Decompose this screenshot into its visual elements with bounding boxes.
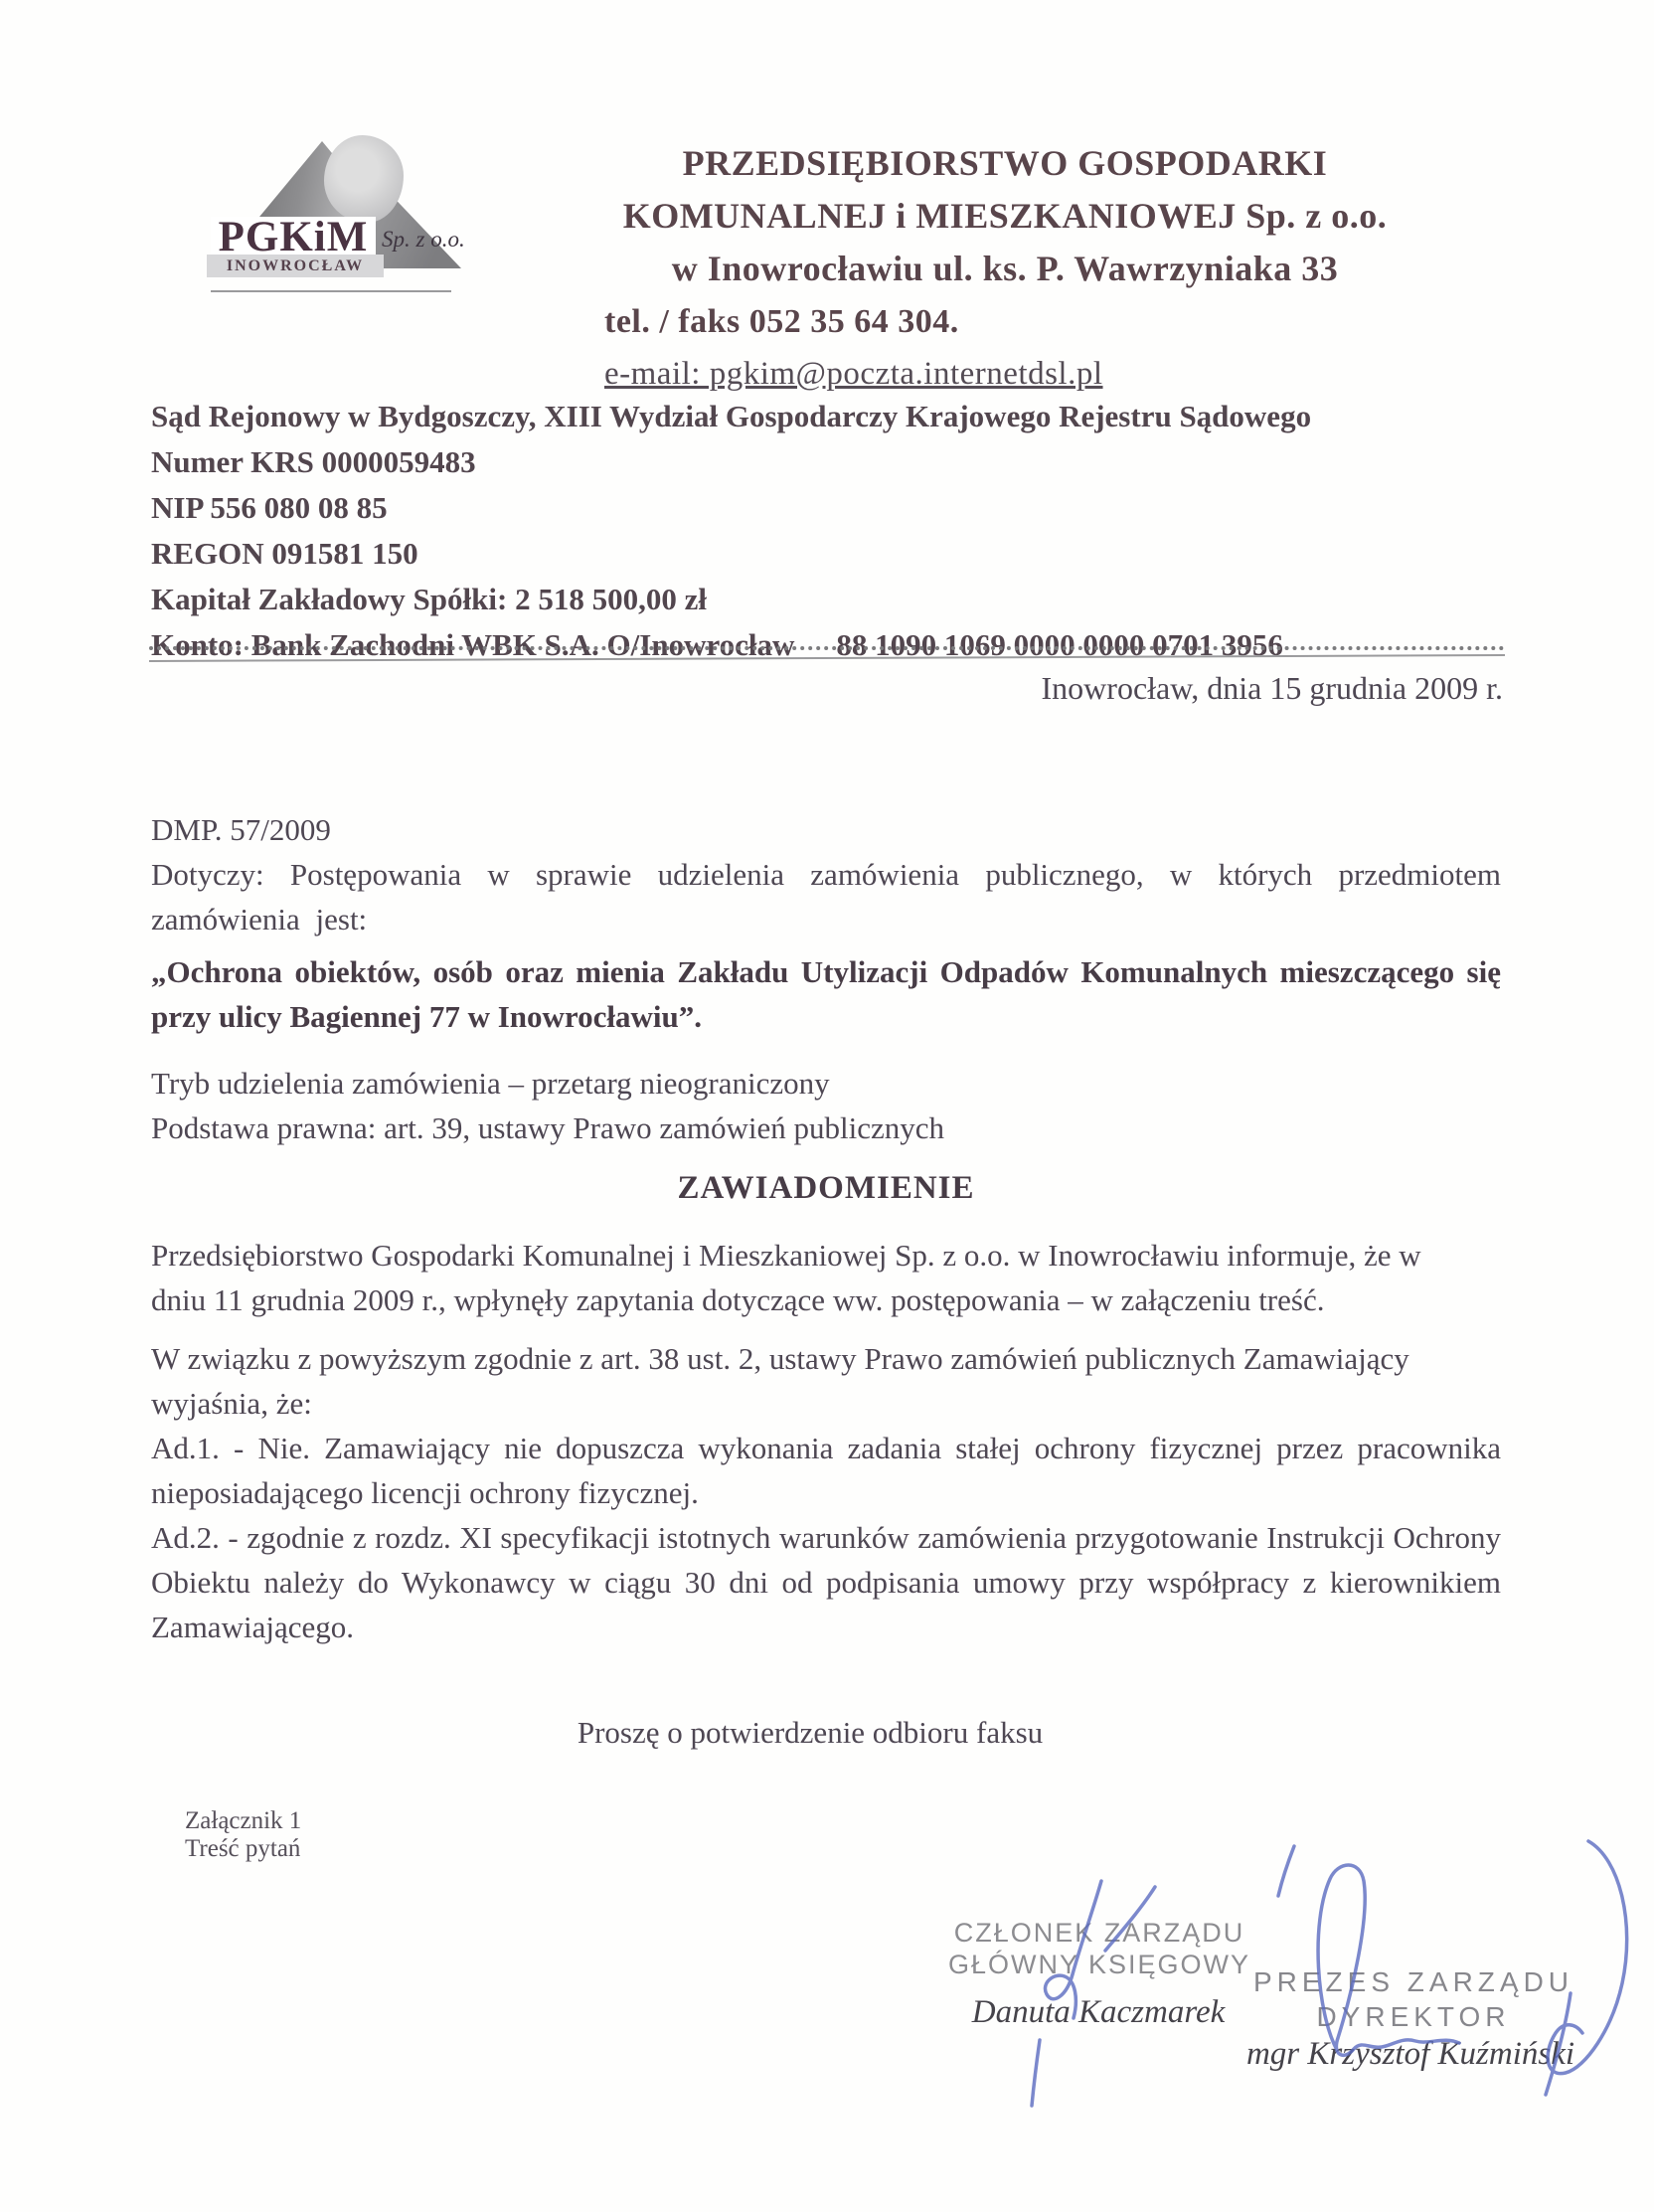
answer-ad1: Ad.1. - Nie. Zamawiający nie dopuszcza w… bbox=[151, 1426, 1501, 1515]
registry-account: Konto: Bank Zachodni WBK S.A. O/Inowrocł… bbox=[151, 622, 1505, 668]
logo-underline bbox=[211, 290, 451, 292]
company-logo: PGKiM INOWROCŁAW Sp. z o.o. bbox=[207, 129, 465, 293]
logo-city-band: INOWROCŁAW bbox=[207, 255, 384, 277]
date-line: Inowrocław, dnia 15 grudnia 2009 r. bbox=[1042, 670, 1503, 707]
notice-paragraph-1: Przedsiębiorstwo Gospodarki Komunalnej i… bbox=[151, 1233, 1448, 1322]
company-phone: tel. / faks 052 35 64 304. bbox=[553, 295, 1457, 348]
divider bbox=[149, 646, 1505, 659]
signature-right-strokes bbox=[1278, 1841, 1627, 2095]
scanned-letter-page: PGKiM INOWROCŁAW Sp. z o.o. PRZEDSIĘBIOR… bbox=[0, 0, 1654, 2212]
letterhead: PRZEDSIĘBIORSTWO GOSPODARKI KOMUNALNEJ i… bbox=[553, 137, 1457, 401]
notice-heading: ZAWIADOMIENIE bbox=[151, 1166, 1501, 1211]
regarding-paragraph: Dotyczy: Postępowania w sprawie udzielen… bbox=[151, 852, 1501, 941]
attachment-note: Załącznik 1 Treść pytań bbox=[185, 1807, 301, 1863]
divider-dotted-line bbox=[149, 646, 1505, 650]
reference-number: DMP. 57/2009 bbox=[151, 807, 1501, 852]
letter-body: DMP. 57/2009 Dotyczy: Postępowania w spr… bbox=[151, 807, 1501, 1649]
company-address: w Inowrocławiu ul. ks. P. Wawrzyniaka 33 bbox=[553, 243, 1457, 295]
fax-confirmation-note: Proszę o potwierdzenie odbioru faksu bbox=[149, 1715, 1471, 1751]
subject-paragraph: „Ochrona obiektów, osób oraz mienia Zakł… bbox=[151, 949, 1501, 1039]
notice-paragraph-2: W związku z powyższym zgodnie z art. 38 … bbox=[151, 1336, 1448, 1426]
registry-krs: Numer KRS 0000059483 bbox=[151, 439, 1505, 485]
registry-regon: REGON 091581 150 bbox=[151, 531, 1505, 577]
answer-ad2: Ad.2. - zgodnie z rozdz. XI specyfikacji… bbox=[151, 1515, 1501, 1649]
registry-block: Sąd Rejonowy w Bydgoszczy, XIII Wydział … bbox=[151, 394, 1505, 668]
company-name-line2: KOMUNALNEJ i MIESZKANIOWEJ Sp. z o.o. bbox=[553, 190, 1457, 243]
attachment-line2: Treść pytań bbox=[185, 1835, 301, 1863]
signature-left-strokes bbox=[1032, 1881, 1155, 2106]
logo-tree-icon bbox=[324, 135, 404, 223]
handwritten-signatures bbox=[974, 1834, 1630, 2132]
logo-name-band: PGKiM bbox=[211, 217, 376, 256]
registry-court: Sąd Rejonowy w Bydgoszczy, XIII Wydział … bbox=[151, 394, 1505, 439]
procedure-mode-line: Tryb udzielenia zamówienia – przetarg ni… bbox=[151, 1061, 1501, 1106]
logo-city: INOWROCŁAW bbox=[227, 257, 364, 275]
company-name-line1: PRZEDSIĘBIORSTWO GOSPODARKI bbox=[553, 137, 1457, 190]
legal-basis-line: Podstawa prawna: art. 39, ustawy Prawo z… bbox=[151, 1106, 1501, 1150]
registry-nip: NIP 556 080 08 85 bbox=[151, 485, 1505, 531]
logo-suffix: Sp. z o.o. bbox=[382, 227, 465, 253]
attachment-line1: Załącznik 1 bbox=[185, 1807, 301, 1835]
registry-capital: Kapitał Zakładowy Spółki: 2 518 500,00 z… bbox=[151, 577, 1505, 622]
